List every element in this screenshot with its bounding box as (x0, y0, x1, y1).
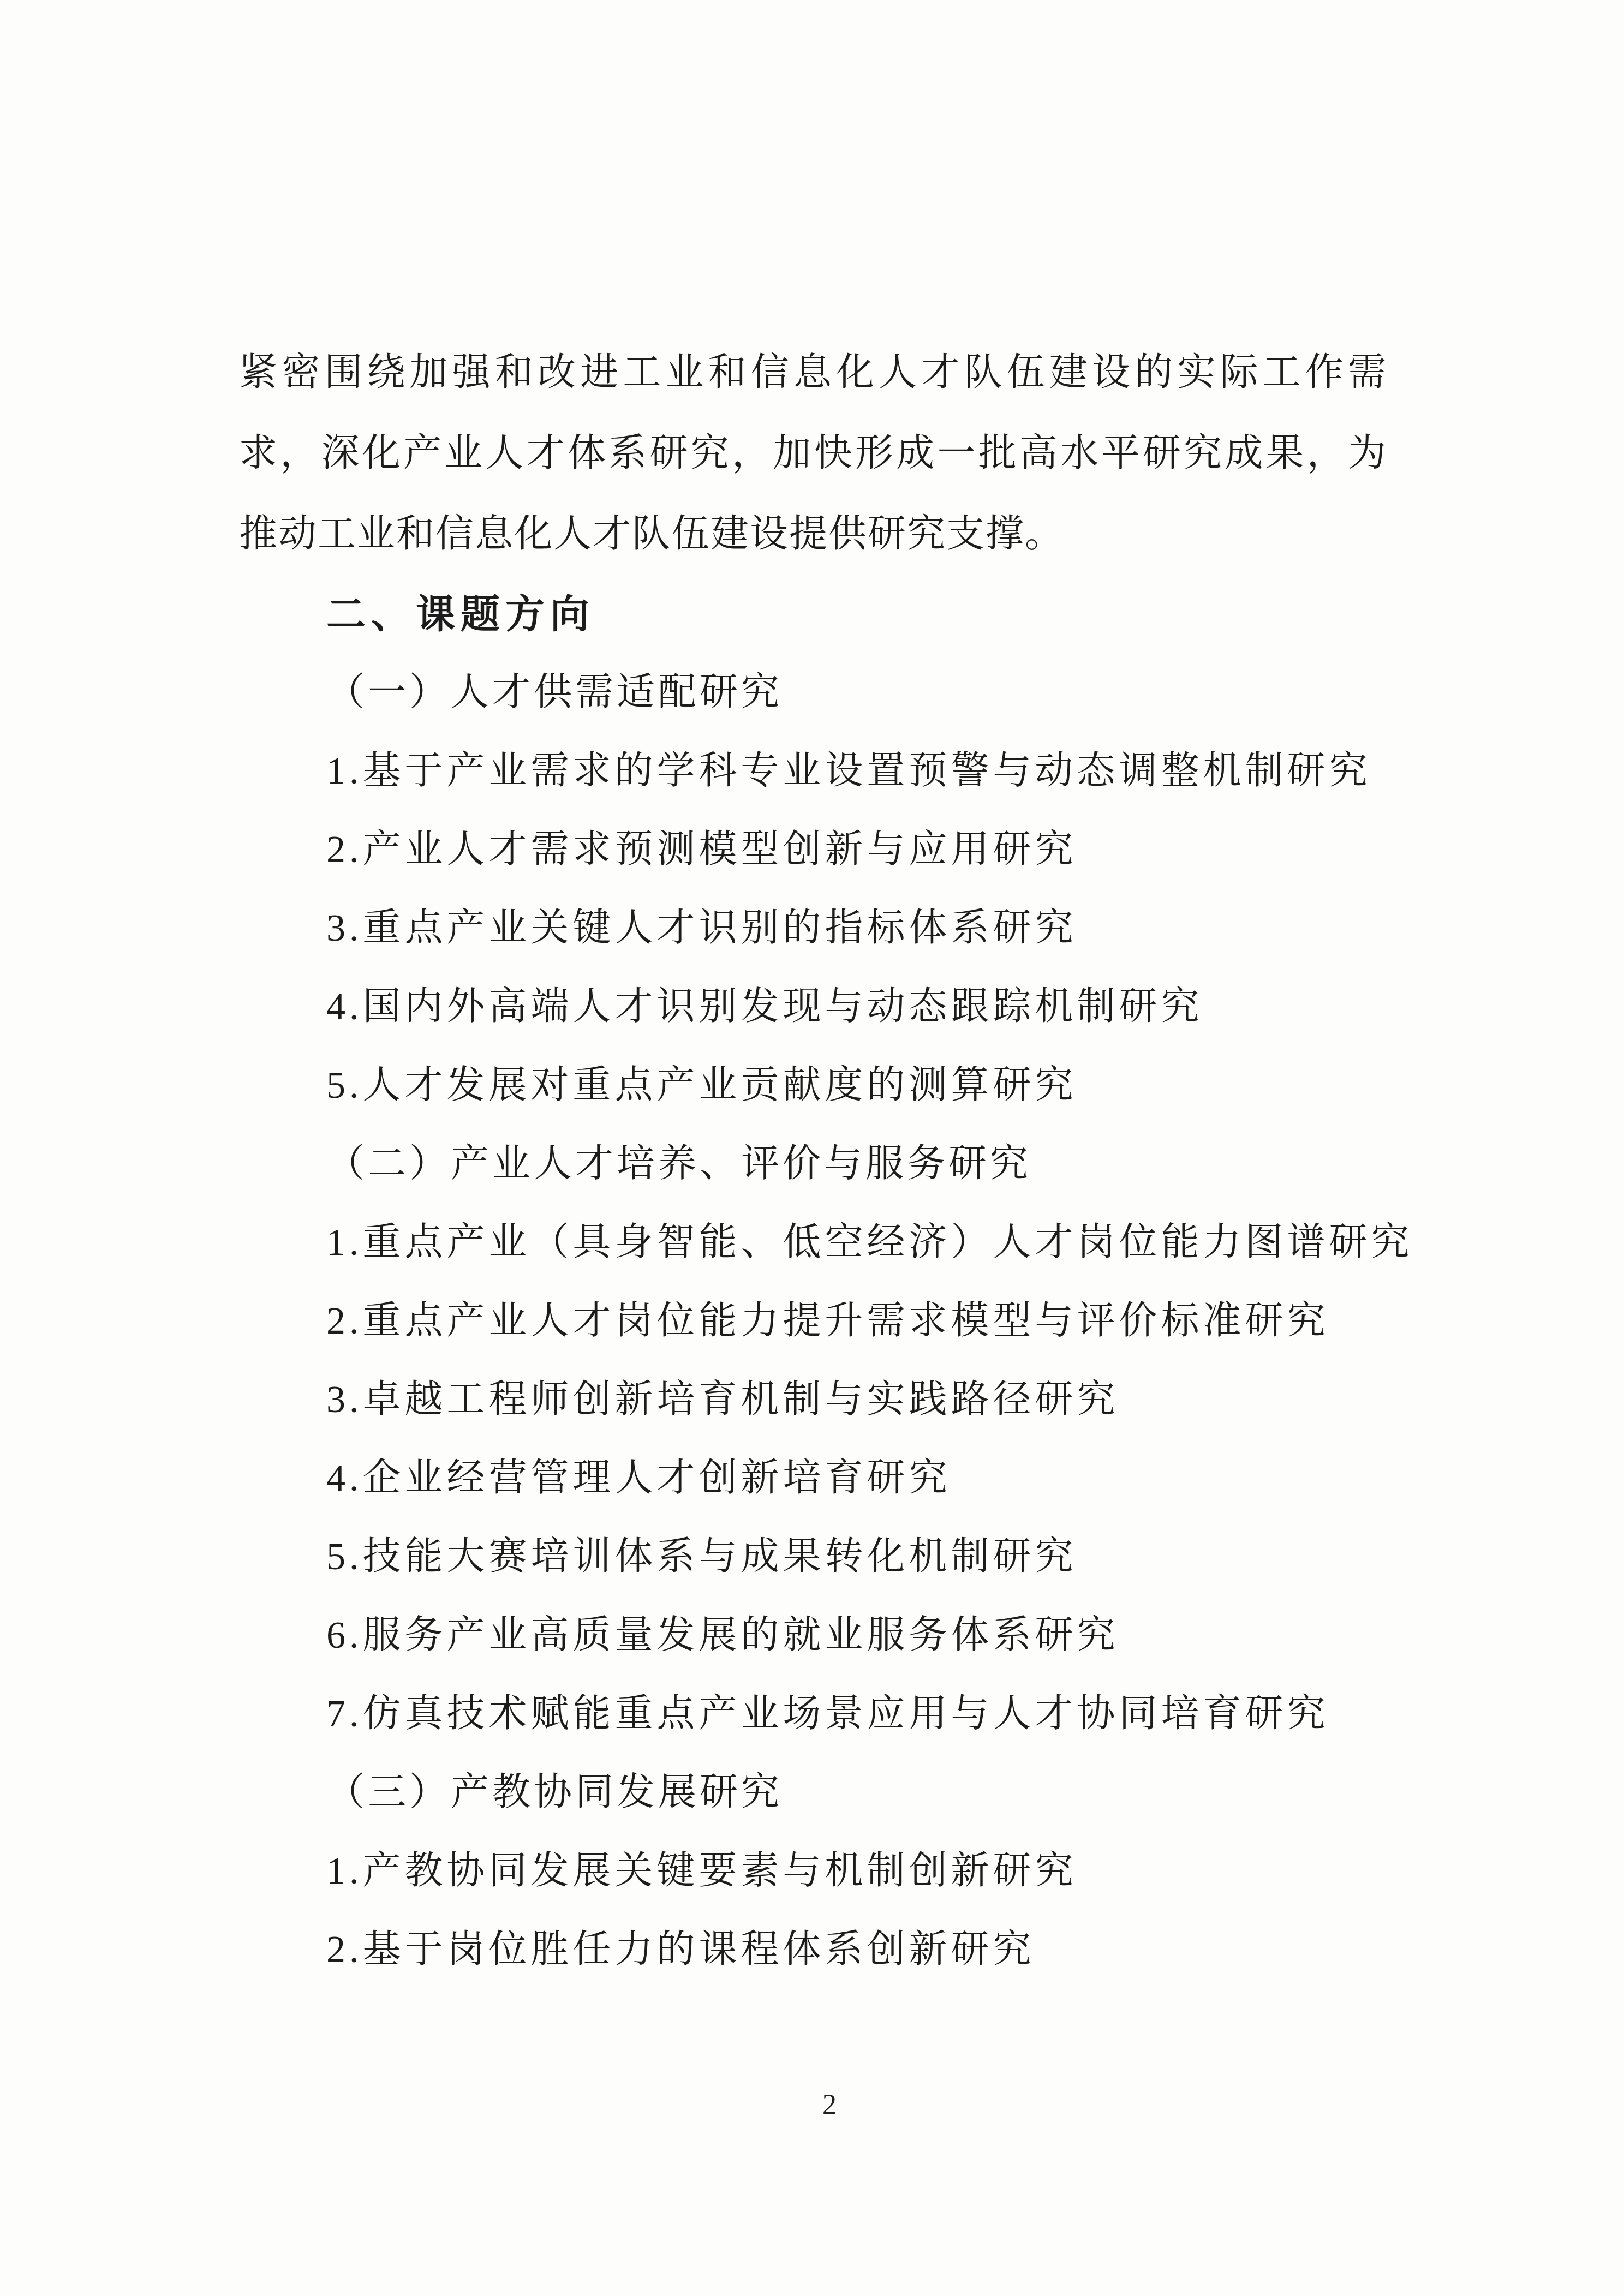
document-page: 紧密围绕加强和改进工业和信息化人才队伍建设的实际工作需 求，深化产业人才体系研究… (0, 0, 1624, 2296)
intro-paragraph-line-3: 推动工业和信息化人才队伍建设提供研究支撑。 (239, 494, 1386, 575)
section-2-item-7: 7.仿真技术赋能重点产业场景应用与人才协同培育研究 (239, 1675, 1386, 1754)
section-2-item-5: 5.技能大赛培训体系与成果转化机制研究 (239, 1518, 1386, 1597)
section-2-title: （二）产业人才培养、评价与服务研究 (239, 1125, 1386, 1204)
section-1-item-4: 4.国内外高端人才识别发现与动态跟踪机制研究 (239, 968, 1386, 1047)
document-content: 紧密围绕加强和改进工业和信息化人才队伍建设的实际工作需 求，深化产业人才体系研究… (239, 333, 1386, 1989)
intro-paragraph-line-2: 求，深化产业人才体系研究，加快形成一批高水平研究成果，为 (239, 414, 1386, 494)
section-1-item-5: 5.人才发展对重点产业贡献度的测算研究 (239, 1047, 1386, 1125)
section-2-item-6: 6.服务产业高质量发展的就业服务体系研究 (239, 1597, 1386, 1675)
section-3-item-1: 1.产教协同发展关键要素与机制创新研究 (239, 1832, 1386, 1911)
section-1-title: （一）人才供需适配研究 (239, 654, 1386, 732)
main-heading: 二、课题方向 (239, 575, 1386, 654)
section-1-item-2: 2.产业人才需求预测模型创新与应用研究 (239, 811, 1386, 889)
section-2-item-1: 1.重点产业（具身智能、低空经济）人才岗位能力图谱研究 (239, 1204, 1386, 1282)
intro-paragraph-line-1: 紧密围绕加强和改进工业和信息化人才队伍建设的实际工作需 (239, 333, 1386, 414)
section-3-item-2: 2.基于岗位胜任力的课程体系创新研究 (239, 1911, 1386, 1989)
section-2-item-4: 4.企业经营管理人才创新培育研究 (239, 1439, 1386, 1518)
section-2-item-2: 2.重点产业人才岗位能力提升需求模型与评价标准研究 (239, 1282, 1386, 1361)
section-1-item-1: 1.基于产业需求的学科专业设置预警与动态调整机制研究 (239, 732, 1386, 811)
section-1-item-3: 3.重点产业关键人才识别的指标体系研究 (239, 889, 1386, 968)
section-3-title: （三）产教协同发展研究 (239, 1754, 1386, 1832)
section-2-item-3: 3.卓越工程师创新培育机制与实践路径研究 (239, 1361, 1386, 1439)
page-number: 2 (0, 2089, 1624, 2121)
